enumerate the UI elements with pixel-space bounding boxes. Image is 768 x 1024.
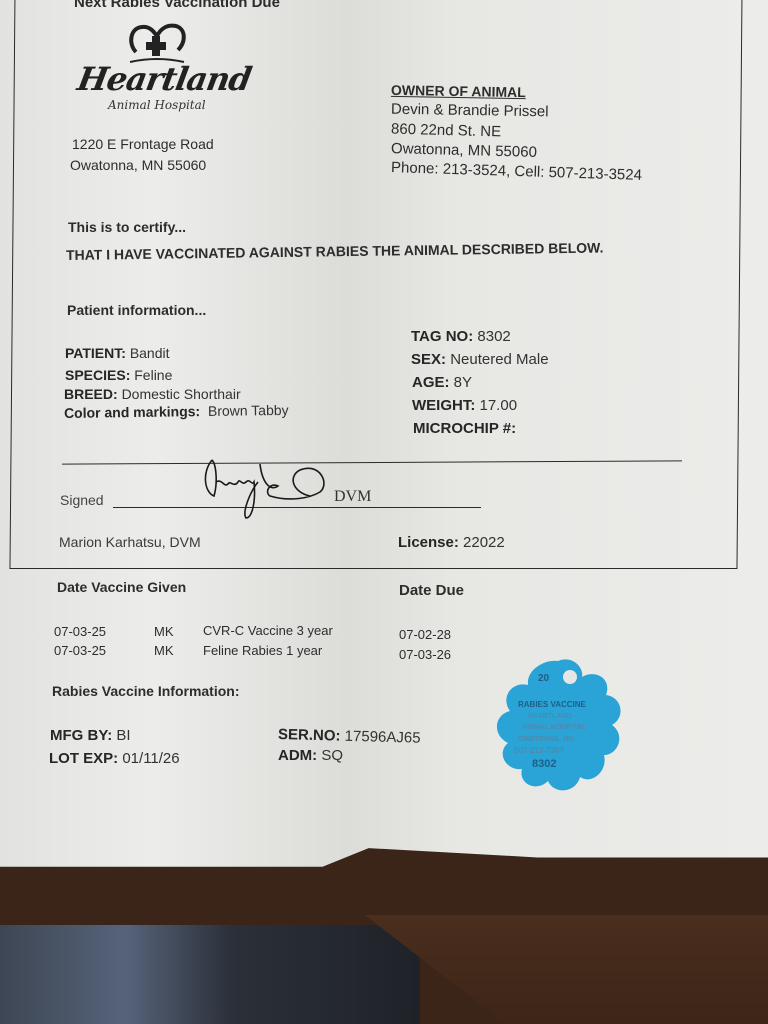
color-row: Color and markings: Brown Tabby bbox=[64, 402, 289, 421]
date-due-heading: Date Due bbox=[399, 582, 464, 599]
mfg-row: MFG BY: BI bbox=[50, 727, 131, 744]
breed-value: Domestic Shorthair bbox=[122, 386, 241, 402]
heart-cross-icon bbox=[126, 22, 188, 64]
vaccination-certificate: Next Rabies Vaccination Due Heartland An… bbox=[0, 0, 768, 932]
sex-value: Neutered Male bbox=[450, 351, 548, 368]
vet-name: Marion Karhatsu, DVM bbox=[59, 534, 201, 550]
svg-text:HEARTLAND: HEARTLAND bbox=[528, 713, 572, 720]
patient-info-heading: Patient information... bbox=[67, 302, 206, 318]
license-row: License: 22022 bbox=[398, 534, 505, 551]
color-value: Brown Tabby bbox=[208, 402, 289, 419]
breed-row: BREED: Domestic Shorthair bbox=[64, 386, 241, 402]
license-value: 22022 bbox=[463, 534, 505, 551]
vaccine-row-initials: MK bbox=[154, 624, 174, 639]
dvm-suffix: DVM bbox=[334, 488, 371, 506]
background-fabric bbox=[0, 925, 420, 1024]
weight-row: WEIGHT: 17.00 bbox=[412, 397, 517, 414]
vaccine-row-name: Feline Rabies 1 year bbox=[203, 643, 322, 658]
age-value: 8Y bbox=[454, 374, 472, 391]
tag-no-row: TAG NO: 8302 bbox=[411, 328, 511, 345]
clinic-name: Heartland bbox=[75, 60, 254, 98]
owner-street: 860 22nd St. NE bbox=[391, 121, 501, 141]
svg-text:20: 20 bbox=[538, 673, 550, 684]
svg-text:RABIES VACCINE: RABIES VACCINE bbox=[518, 700, 587, 709]
tag-no-value: 8302 bbox=[477, 328, 510, 345]
svg-text:ANIMAL HOSPITAL: ANIMAL HOSPITAL bbox=[522, 724, 587, 731]
microchip-row: MICROCHIP #: bbox=[413, 420, 516, 437]
clinic-logo: Heartland Animal Hospital bbox=[78, 20, 248, 120]
date-given-heading: Date Vaccine Given bbox=[57, 579, 186, 595]
owner-names: Devin & Brandie Prissel bbox=[391, 101, 549, 121]
rabies-info-heading: Rabies Vaccine Information: bbox=[52, 683, 240, 699]
vaccine-row-due: 07-02-28 bbox=[399, 627, 451, 642]
vaccine-row-name: CVR-C Vaccine 3 year bbox=[203, 623, 333, 638]
serial-row: SER.NO: 17596AJ65 bbox=[278, 726, 421, 747]
signature-scribble bbox=[200, 452, 340, 527]
next-vaccination-heading: Next Rabies Vaccination Due bbox=[74, 0, 280, 11]
species-row: SPECIES: Feline bbox=[65, 367, 172, 383]
vaccine-row-date: 07-03-25 bbox=[54, 643, 106, 658]
age-row: AGE: 8Y bbox=[412, 374, 472, 391]
svg-text:8302: 8302 bbox=[532, 758, 556, 770]
svg-text:OWATONNA, MN: OWATONNA, MN bbox=[518, 736, 574, 743]
patient-name: Bandit bbox=[130, 345, 170, 361]
owner-heading: OWNER OF ANIMAL bbox=[391, 82, 526, 100]
lot-exp-row: LOT EXP: 01/11/26 bbox=[49, 750, 180, 767]
sex-row: SEX: Neutered Male bbox=[411, 351, 549, 368]
signed-label: Signed bbox=[60, 492, 104, 508]
patient-name-row: PATIENT: Bandit bbox=[65, 345, 170, 361]
vaccine-row-date: 07-03-25 bbox=[54, 624, 106, 639]
weight-value: 17.00 bbox=[480, 397, 518, 414]
svg-text:507-213-7307: 507-213-7307 bbox=[514, 746, 564, 755]
vaccine-row-due: 07-03-26 bbox=[399, 647, 451, 662]
species-value: Feline bbox=[134, 367, 172, 383]
adm-row: ADM: SQ bbox=[278, 747, 343, 764]
clinic-address-line1: 1220 E Frontage Road bbox=[72, 136, 214, 152]
clinic-address-line2: Owatonna, MN 55060 bbox=[70, 157, 206, 173]
certify-intro: This is to certify... bbox=[68, 219, 186, 235]
clinic-subtitle: Animal Hospital bbox=[108, 98, 206, 112]
vaccine-row-initials: MK bbox=[154, 643, 174, 658]
rabies-tag: 20 RABIES VACCINE HEARTLAND ANIMAL HOSPI… bbox=[488, 655, 628, 795]
